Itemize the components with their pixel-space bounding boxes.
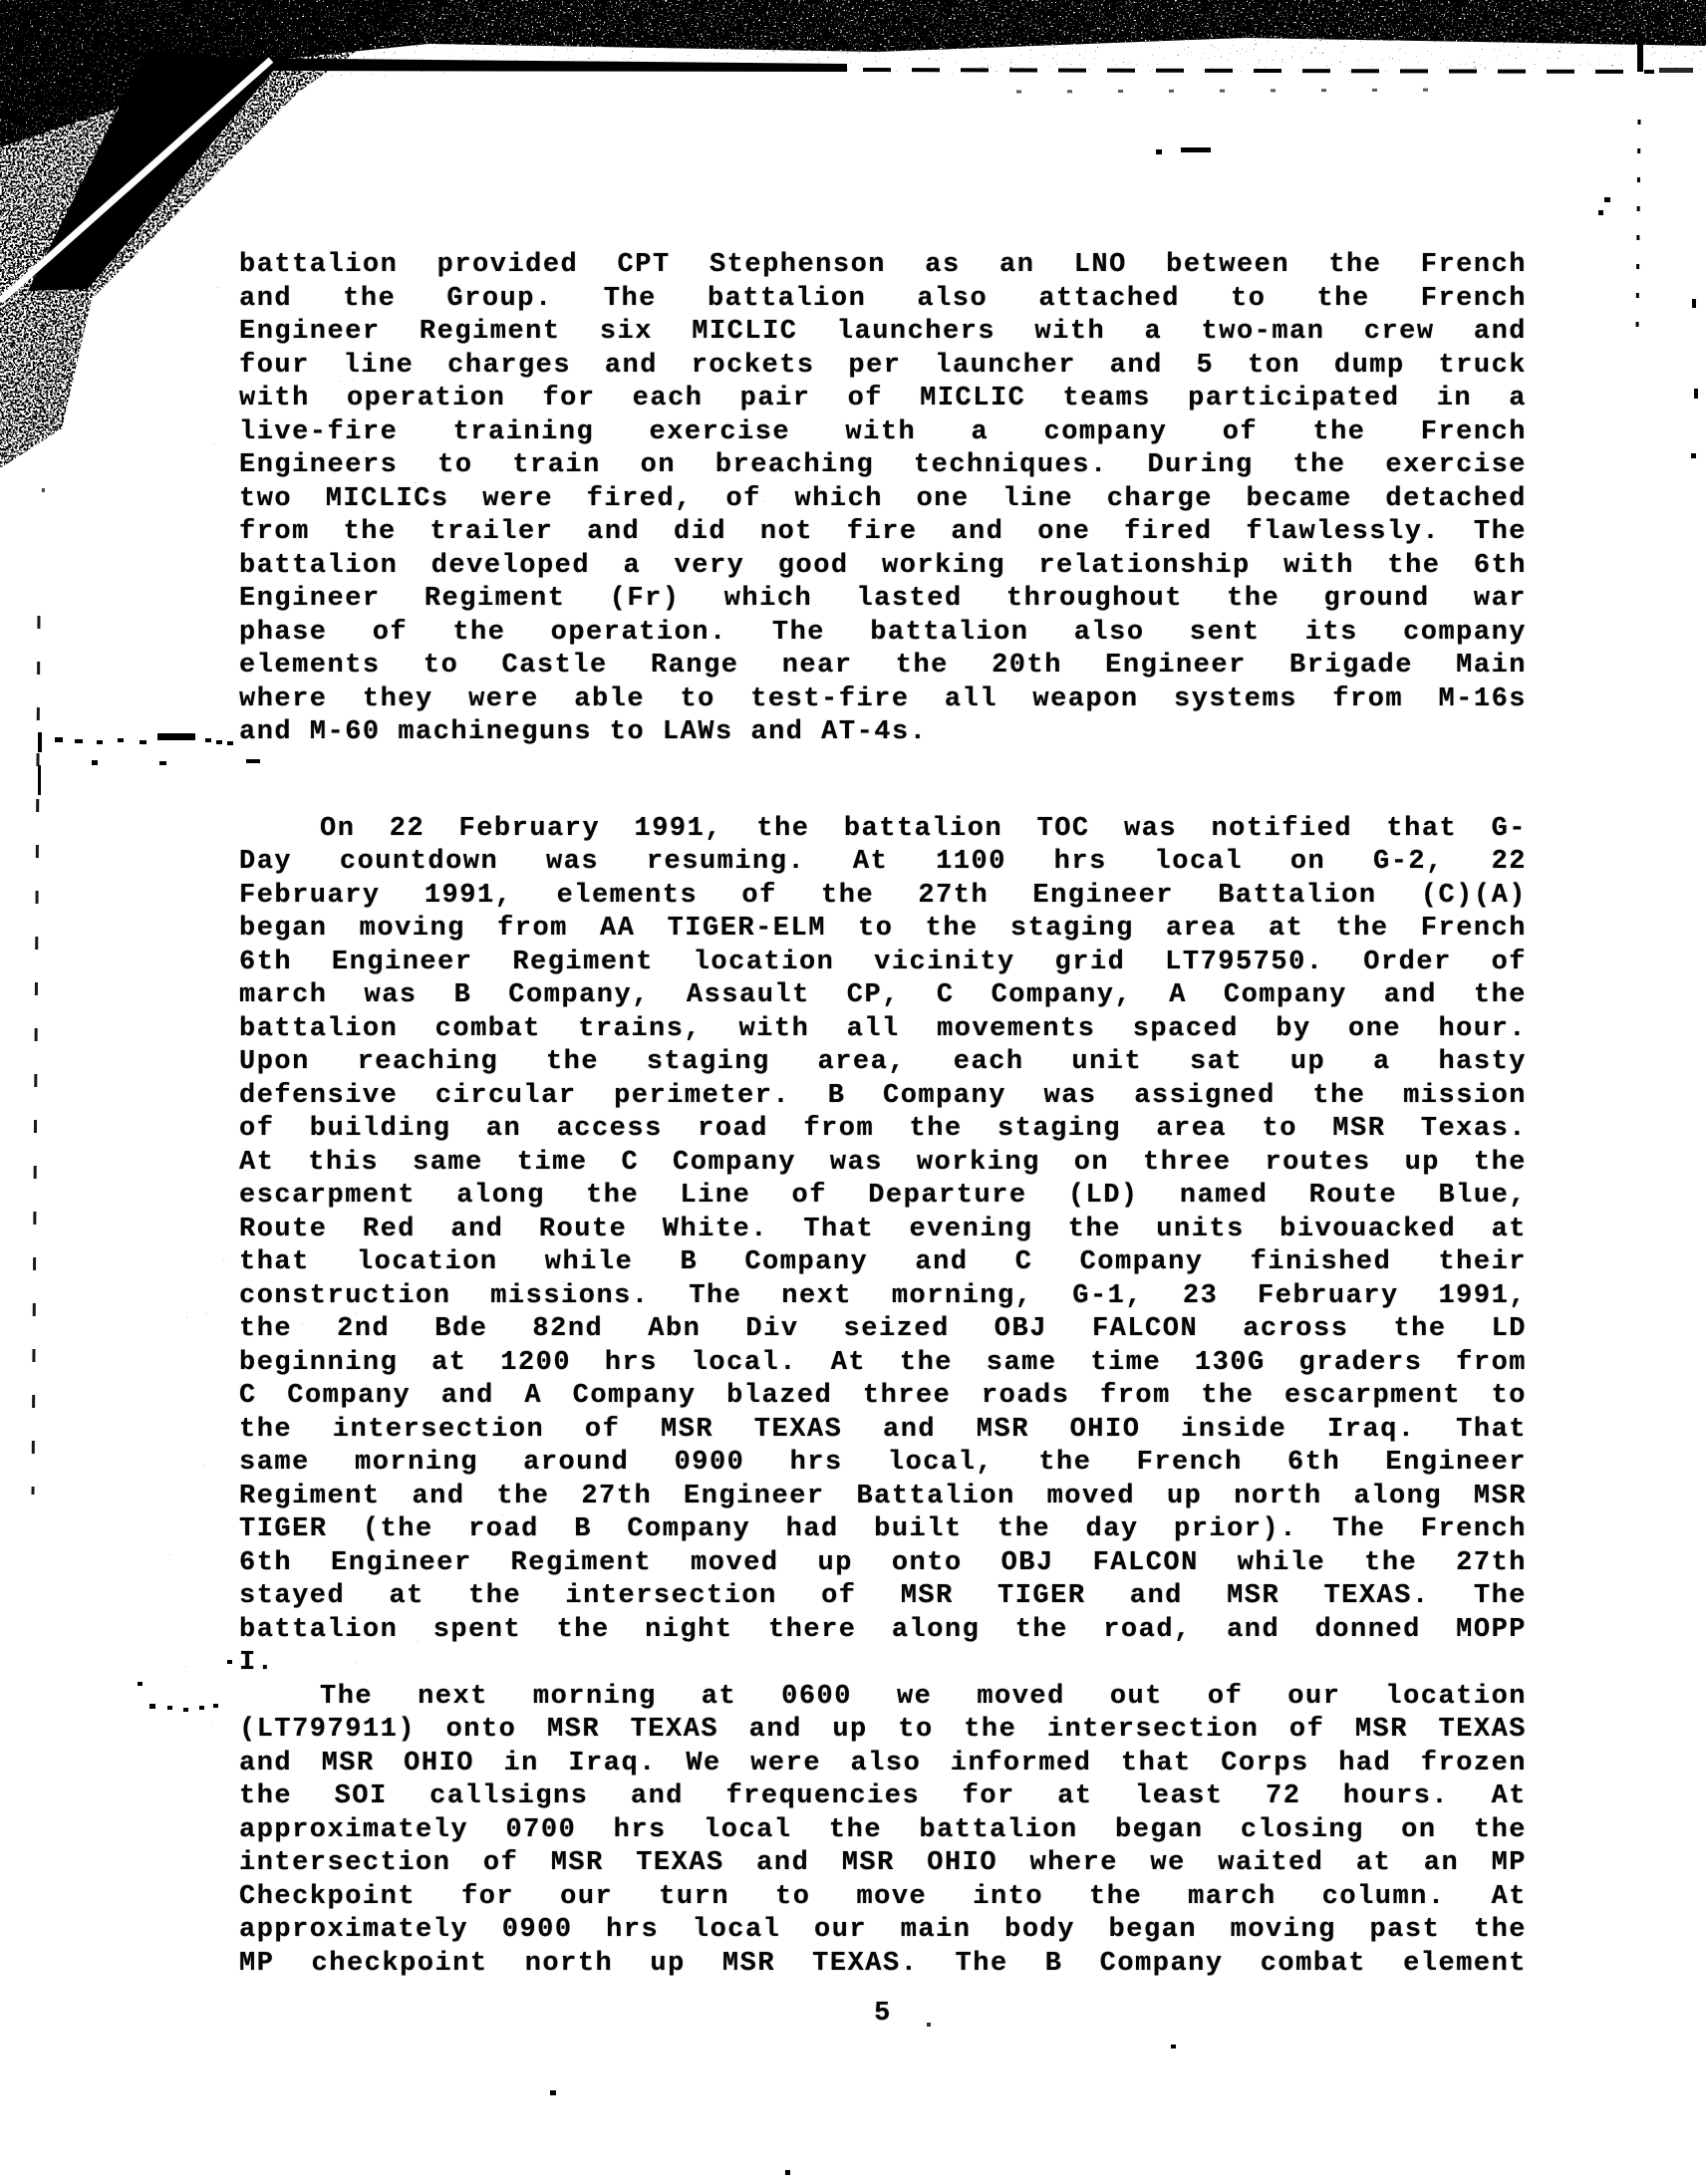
text-line: where they were able to test-fire all we… — [239, 683, 1527, 717]
text-line: 6th Engineer Regiment moved up onto OBJ … — [239, 1547, 1527, 1581]
text-line: stayed at the intersection of MSR TIGER … — [239, 1580, 1527, 1614]
text-block: battalion provided CPT Stephenson as an … — [239, 249, 1527, 1981]
text-line: the 2nd Bde 82nd Abn Div seized OBJ FALC… — [239, 1313, 1527, 1347]
text-line: intersection of MSR TEXAS and MSR OHIO w… — [239, 1847, 1527, 1881]
text-line: the intersection of MSR TEXAS and MSR OH… — [239, 1414, 1527, 1448]
text-line: began moving from AA TIGER-ELM to the st… — [239, 913, 1527, 947]
text-line: defensive circular perimeter. B Company … — [239, 1080, 1527, 1114]
text-line: from the trailer and did not fire and on… — [239, 516, 1527, 550]
page-number: 5 — [239, 1999, 1527, 2029]
text-line: On 22 February 1991, the battalion TOC w… — [239, 813, 1527, 847]
text-line: escarpment along the Line of Departure (… — [239, 1180, 1527, 1214]
text-line: approximately 0900 hrs local our main bo… — [239, 1914, 1527, 1948]
text-line: Engineer Regiment (Fr) which lasted thro… — [239, 583, 1527, 617]
text-line: elements to Castle Range near the 20th E… — [239, 650, 1527, 683]
scanned-document-page: battalion provided CPT Stephenson as an … — [0, 0, 1706, 2184]
text-line: Engineer Regiment six MICLIC launchers w… — [239, 316, 1527, 350]
text-line: Checkpoint for our turn to move into the… — [239, 1881, 1527, 1915]
text-line: same morning around 0900 hrs local, the … — [239, 1447, 1527, 1481]
text-line: battalion provided CPT Stephenson as an … — [239, 249, 1527, 283]
text-line: Upon reaching the staging area, each uni… — [239, 1046, 1527, 1080]
paragraph-2: On 22 February 1991, the battalion TOC w… — [239, 813, 1527, 1681]
text-line: four line charges and rockets per launch… — [239, 350, 1527, 384]
text-line: At this same time C Company was working … — [239, 1147, 1527, 1181]
text-line: with operation for each pair of MICLIC t… — [239, 383, 1527, 416]
text-line: construction missions. The next morning,… — [239, 1280, 1527, 1314]
text-line: battalion spent the night there along th… — [239, 1614, 1527, 1648]
text-line: 6th Engineer Regiment location vicinity … — [239, 947, 1527, 980]
text-line: that location while B Company and C Comp… — [239, 1246, 1527, 1280]
text-line: The next morning at 0600 we moved out of… — [239, 1681, 1527, 1715]
paragraph-1: battalion provided CPT Stephenson as an … — [239, 249, 1527, 750]
text-line: beginning at 1200 hrs local. At the same… — [239, 1347, 1527, 1381]
text-line: two MICLICs were fired, of which one lin… — [239, 483, 1527, 517]
text-line: of building an access road from the stag… — [239, 1113, 1527, 1147]
text-line: Regiment and the 27th Engineer Battalion… — [239, 1481, 1527, 1514]
text-line: TIGER (the road B Company had built the … — [239, 1513, 1527, 1547]
text-line: and M-60 machineguns to LAWs and AT-4s. — [239, 716, 1527, 750]
text-line: march was B Company, Assault CP, C Compa… — [239, 979, 1527, 1013]
text-line: (LT797911) onto MSR TEXAS and up to the … — [239, 1714, 1527, 1748]
text-line: battalion developed a very good working … — [239, 550, 1527, 584]
text-line: live-fire training exercise with a compa… — [239, 416, 1527, 450]
paragraph-3: The next morning at 0600 we moved out of… — [239, 1681, 1527, 1982]
text-line: approximately 0700 hrs local the battali… — [239, 1814, 1527, 1848]
text-line: the SOI callsigns and frequencies for at… — [239, 1780, 1527, 1814]
text-line: Day countdown was resuming. At 1100 hrs … — [239, 846, 1527, 880]
text-line: Engineers to train on breaching techniqu… — [239, 449, 1527, 483]
text-line: and MSR OHIO in Iraq. We were also infor… — [239, 1748, 1527, 1781]
text-line: I. — [239, 1647, 1527, 1681]
text-line: and the Group. The battalion also attach… — [239, 283, 1527, 317]
text-line: MP checkpoint north up MSR TEXAS. The B … — [239, 1948, 1527, 1982]
text-line: February 1991, elements of the 27th Engi… — [239, 880, 1527, 914]
text-line: phase of the operation. The battalion al… — [239, 617, 1527, 651]
text-line: C Company and A Company blazed three roa… — [239, 1380, 1527, 1414]
text-line: Route Red and Route White. That evening … — [239, 1214, 1527, 1247]
text-line: battalion combat trains, with all moveme… — [239, 1013, 1527, 1047]
